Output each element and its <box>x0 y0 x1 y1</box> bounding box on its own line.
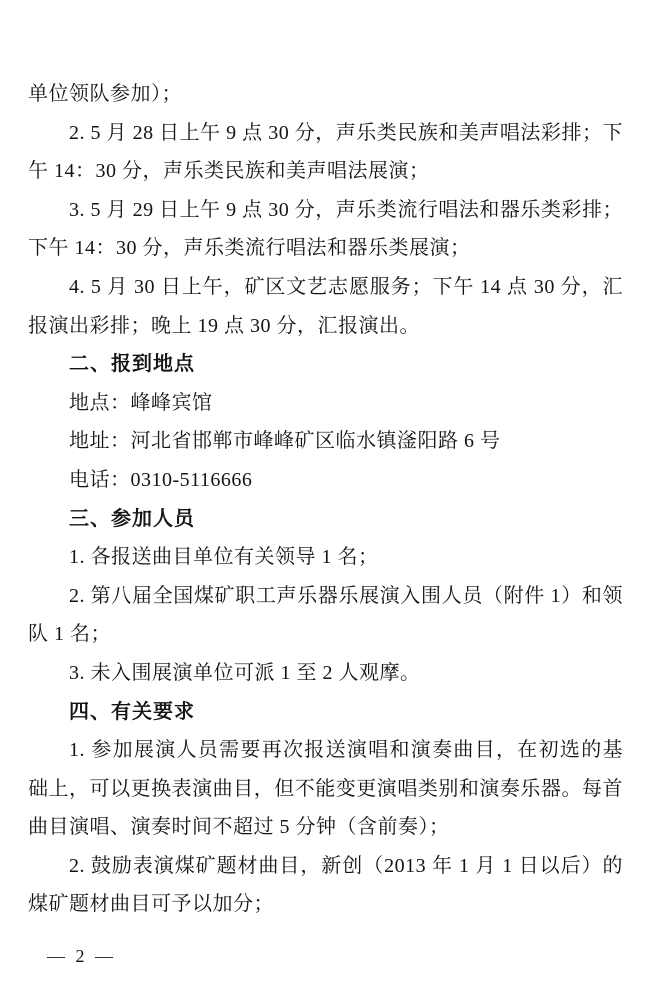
schedule-item-2: 2. 5 月 28 日上午 9 点 30 分，声乐类民族和美声唱法彩排；下 <box>28 114 623 153</box>
schedule-item-3: 3. 5 月 29 日上午 9 点 30 分，声乐类流行唱法和器乐类彩排； <box>28 191 623 230</box>
requirements-item-2: 2. 鼓励表演煤矿题材曲目，新创（2013 年 1 月 1 日以后）的 <box>28 847 623 886</box>
venue-line: 地点：峰峰宾馆 <box>28 384 623 423</box>
document-page: 单位领队参加）； 2. 5 月 28 日上午 9 点 30 分，声乐类民族和美声… <box>0 0 650 994</box>
text-line: 队 1 名； <box>28 615 623 654</box>
text-line: 础上，可以更换表演曲目，但不能变更演唱类别和演奏乐器。每首 <box>28 770 623 809</box>
text-line: 单位领队参加）； <box>28 75 623 114</box>
section-heading-4: 四、有关要求 <box>28 693 623 732</box>
text-line: 下午 14：30 分，声乐类流行唱法和器乐类展演； <box>28 229 623 268</box>
section-heading-2: 二、报到地点 <box>28 345 623 384</box>
requirements-item-1: 1. 参加展演人员需要再次报送演唱和演奏曲目，在初选的基 <box>28 731 623 770</box>
address-line: 地址：河北省邯郸市峰峰矿区临水镇滏阳路 6 号 <box>28 422 623 461</box>
participants-item-3: 3. 未入围展演单位可派 1 至 2 人观摩。 <box>28 654 623 693</box>
participants-item-1: 1. 各报送曲目单位有关领导 1 名； <box>28 538 623 577</box>
schedule-item-4: 4. 5 月 30 日上午，矿区文艺志愿服务；下午 14 点 30 分，汇 <box>28 268 623 307</box>
text-line: 午 14：30 分，声乐类民族和美声唱法展演； <box>28 152 623 191</box>
document-body: 单位领队参加）； 2. 5 月 28 日上午 9 点 30 分，声乐类民族和美声… <box>28 75 623 924</box>
page-number: — 2 — <box>47 944 116 968</box>
section-heading-3: 三、参加人员 <box>28 500 623 539</box>
phone-line: 电话：0310-5116666 <box>28 461 623 500</box>
text-line: 曲目演唱、演奏时间不超过 5 分钟（含前奏）； <box>28 808 623 847</box>
text-line: 报演出彩排；晚上 19 点 30 分，汇报演出。 <box>28 307 623 346</box>
text-line: 煤矿题材曲目可予以加分； <box>28 885 623 924</box>
participants-item-2: 2. 第八届全国煤矿职工声乐器乐展演入围人员（附件 1）和领 <box>28 577 623 616</box>
